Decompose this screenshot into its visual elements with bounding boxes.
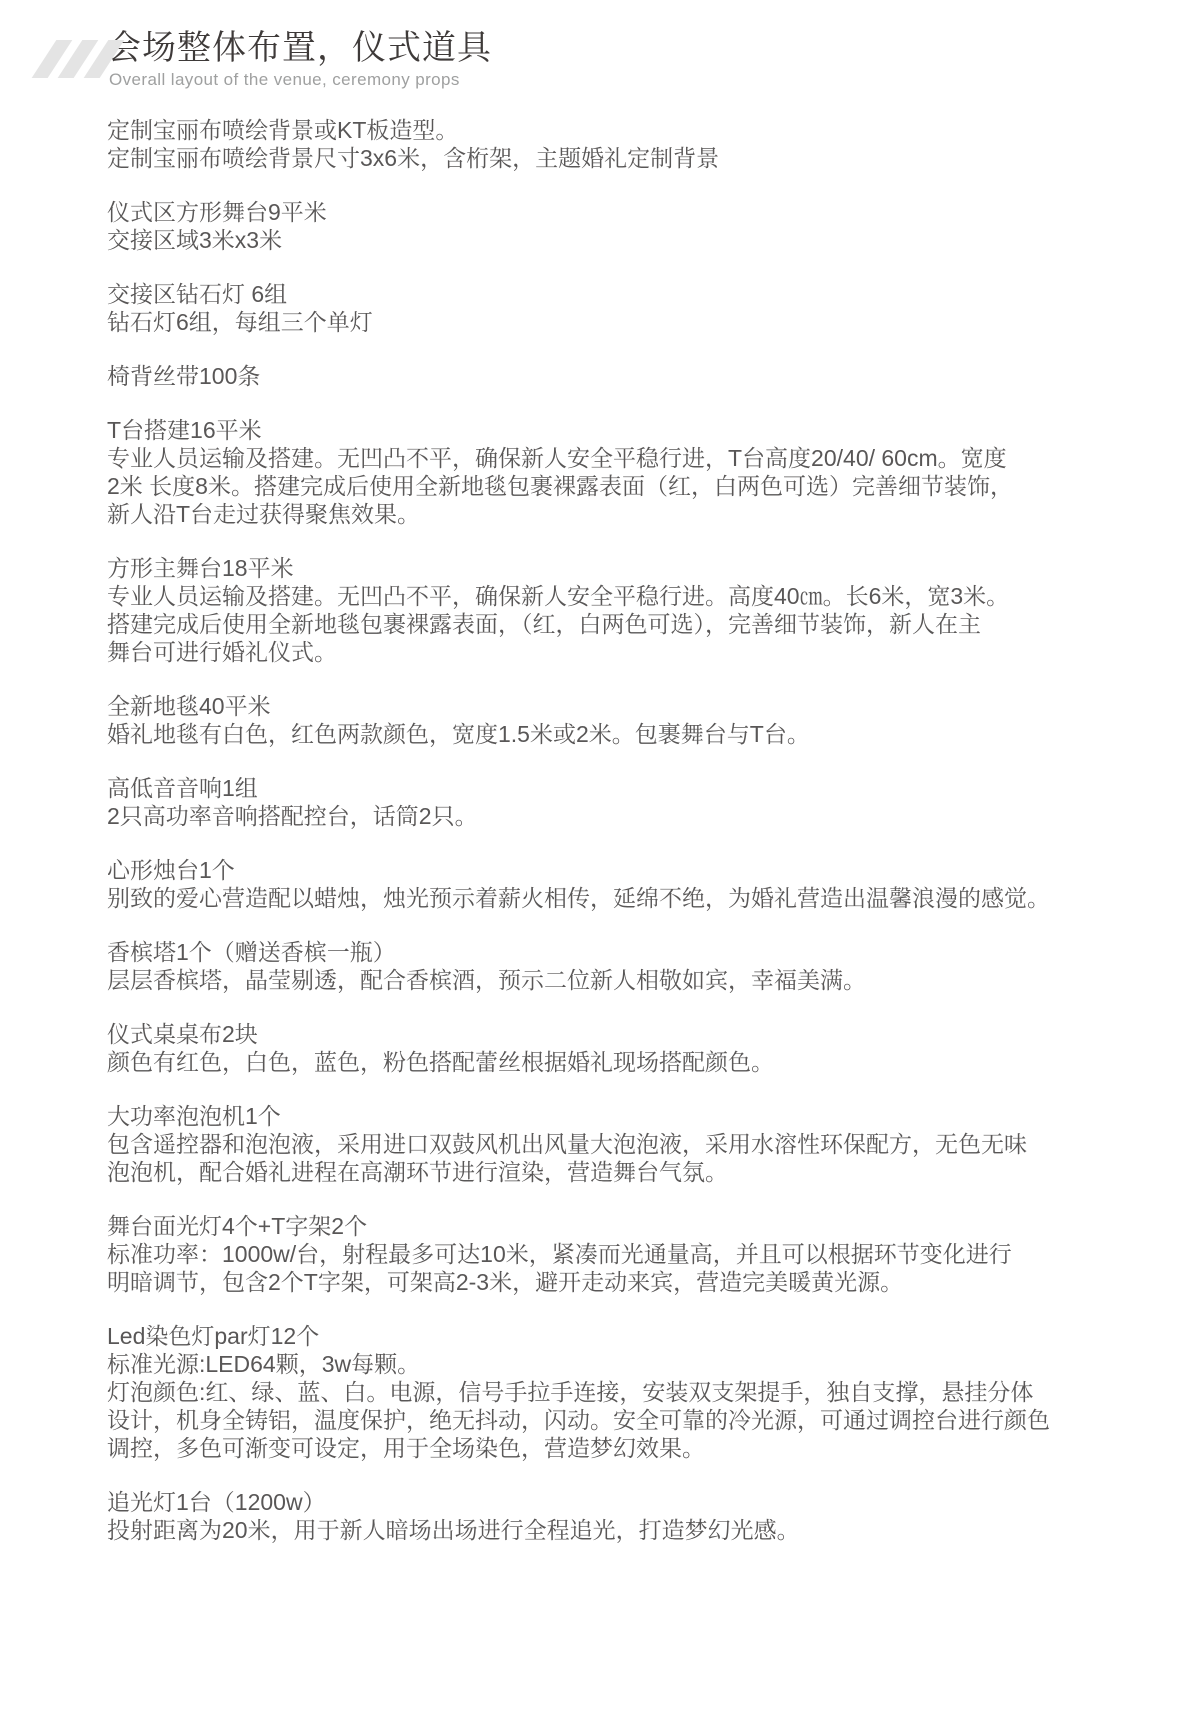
section-speakers: 高低音音响1组 2只高功率音响搭配控台，话筒2只。	[107, 774, 1200, 830]
text-line: 别致的爱心营造配以蜡烛，烛光预示着薪火相传，延绵不绝，为婚礼营造出温馨浪漫的感觉…	[107, 884, 1200, 912]
page-subtitle: Overall layout of the venue, ceremony pr…	[109, 70, 1200, 90]
text-line: 婚礼地毯有白色，红色两款颜色，宽度1.5米或2米。包裹舞台与T台。	[107, 720, 1200, 748]
text-line: 钻石灯6组，每组三个单灯	[107, 308, 1200, 336]
page-header: 会场整体布置，仪式道具 Overall layout of the venue,…	[0, 0, 1200, 90]
text-line: 专业人员运输及搭建。无凹凸不平，确保新人安全平稳行进。高度40㎝。长6米，宽3米…	[107, 582, 1200, 610]
section-diamond-lights: 交接区钻石灯 6组 钻石灯6组，每组三个单灯	[107, 280, 1200, 336]
triple-slash-icon	[44, 40, 112, 78]
text-line: T台搭建16平米	[107, 416, 1200, 444]
text-line: 泡泡机，配合婚礼进程在高潮环节进行渲染，营造舞台气氛。	[107, 1158, 1200, 1186]
text-line: 方形主舞台18平米	[107, 554, 1200, 582]
section-bubble-machine: 大功率泡泡机1个 包含遥控器和泡泡液，采用进口双鼓风机出风量大泡泡液，采用水溶性…	[107, 1102, 1200, 1186]
section-carpet: 全新地毯40平米 婚礼地毯有白色，红色两款颜色，宽度1.5米或2米。包裹舞台与T…	[107, 692, 1200, 748]
content-area: 定制宝丽布喷绘背景或KT板造型。 定制宝丽布喷绘背景尺寸3x6米，含桁架，主题婚…	[107, 116, 1200, 1544]
text-line: 仪式区方形舞台9平米	[107, 198, 1200, 226]
text-line: 设计，机身全铸铝，温度保护，绝无抖动，闪动。安全可靠的冷光源，可通过调控台进行颜…	[107, 1406, 1200, 1434]
section-runway: T台搭建16平米 专业人员运输及搭建。无凹凸不平，确保新人安全平稳行进，T台高度…	[107, 416, 1200, 528]
text-line: 灯泡颜色:红、绿、蓝、白。电源，信号手拉手连接，安装双支架提手，独自支撑，悬挂分…	[107, 1378, 1200, 1406]
text-line: 层层香槟塔，晶莹剔透，配合香槟酒，预示二位新人相敬如宾，幸福美满。	[107, 966, 1200, 994]
text-line: Led染色灯par灯12个	[107, 1322, 1200, 1350]
text-line: 定制宝丽布喷绘背景或KT板造型。	[107, 116, 1200, 144]
document-page: 会场整体布置，仪式道具 Overall layout of the venue,…	[0, 0, 1200, 1712]
text-line: 全新地毯40平米	[107, 692, 1200, 720]
section-heart-candlestick: 心形烛台1个 别致的爱心营造配以蜡烛，烛光预示着薪火相传，延绵不绝，为婚礼营造出…	[107, 856, 1200, 912]
section-tablecloth: 仪式桌桌布2块 颜色有红色，白色，蓝色，粉色搭配蕾丝根据婚礼现场搭配颜色。	[107, 1020, 1200, 1076]
page-title: 会场整体布置，仪式道具	[107, 28, 1200, 68]
text-line: 香槟塔1个（赠送香槟一瓶）	[107, 938, 1200, 966]
text-line: 交接区钻石灯 6组	[107, 280, 1200, 308]
text-line: 2米 长度8米。搭建完成后使用全新地毯包裹裸露表面（红，白两色可选）完善细节装饰…	[107, 472, 1200, 500]
text-line: 心形烛台1个	[107, 856, 1200, 884]
section-spotlight: 追光灯1台（1200w） 投射距离为20米，用于新人暗场出场进行全程追光，打造梦…	[107, 1488, 1200, 1544]
text-line: 追光灯1台（1200w）	[107, 1488, 1200, 1516]
text-line: 投射距离为20米，用于新人暗场出场进行全程追光，打造梦幻光感。	[107, 1516, 1200, 1544]
section-champagne-tower: 香槟塔1个（赠送香槟一瓶） 层层香槟塔，晶莹剔透，配合香槟酒，预示二位新人相敬如…	[107, 938, 1200, 994]
section-backdrop: 定制宝丽布喷绘背景或KT板造型。 定制宝丽布喷绘背景尺寸3x6米，含桁架，主题婚…	[107, 116, 1200, 172]
section-led-par-lights: Led染色灯par灯12个 标准光源:LED64颗，3w每颗。 灯泡颜色:红、绿…	[107, 1322, 1200, 1462]
text-line: 标准光源:LED64颗，3w每颗。	[107, 1350, 1200, 1378]
text-line: 椅背丝带100条	[107, 362, 1200, 390]
section-stage-front-lights: 舞台面光灯4个+T字架2个 标准功率：1000w/台，射程最多可达10米，紧凑而…	[107, 1212, 1200, 1296]
text-line: 颜色有红色，白色，蓝色，粉色搭配蕾丝根据婚礼现场搭配颜色。	[107, 1048, 1200, 1076]
text-line: 大功率泡泡机1个	[107, 1102, 1200, 1130]
text-line: 包含遥控器和泡泡液，采用进口双鼓风机出风量大泡泡液，采用水溶性环保配方，无色无味	[107, 1130, 1200, 1158]
text-line: 高低音音响1组	[107, 774, 1200, 802]
section-chair-ribbons: 椅背丝带100条	[107, 362, 1200, 390]
text-line: 调控，多色可渐变可设定，用于全场染色，营造梦幻效果。	[107, 1434, 1200, 1462]
section-main-stage: 方形主舞台18平米 专业人员运输及搭建。无凹凸不平，确保新人安全平稳行进。高度4…	[107, 554, 1200, 666]
text-line: 仪式桌桌布2块	[107, 1020, 1200, 1048]
text-line: 2只高功率音响搭配控台，话筒2只。	[107, 802, 1200, 830]
text-line: 舞台面光灯4个+T字架2个	[107, 1212, 1200, 1240]
text-line: 标准功率：1000w/台，射程最多可达10米，紧凑而光通量高，并且可以根据环节变…	[107, 1240, 1200, 1268]
text-line: 新人沿T台走过获得聚焦效果。	[107, 500, 1200, 528]
section-ceremony-stage: 仪式区方形舞台9平米 交接区域3米x3米	[107, 198, 1200, 254]
text-line: 舞台可进行婚礼仪式。	[107, 638, 1200, 666]
text-line: 定制宝丽布喷绘背景尺寸3x6米，含桁架，主题婚礼定制背景	[107, 144, 1200, 172]
text-line: 交接区域3米x3米	[107, 226, 1200, 254]
text-line: 搭建完成后使用全新地毯包裹裸露表面，（红，白两色可选），完善细节装饰，新人在主	[107, 610, 1200, 638]
text-line: 专业人员运输及搭建。无凹凸不平，确保新人安全平稳行进，T台高度20/40/ 60…	[107, 444, 1200, 472]
text-line: 明暗调节，包含2个T字架，可架高2-3米，避开走动来宾，营造完美暖黄光源。	[107, 1268, 1200, 1296]
